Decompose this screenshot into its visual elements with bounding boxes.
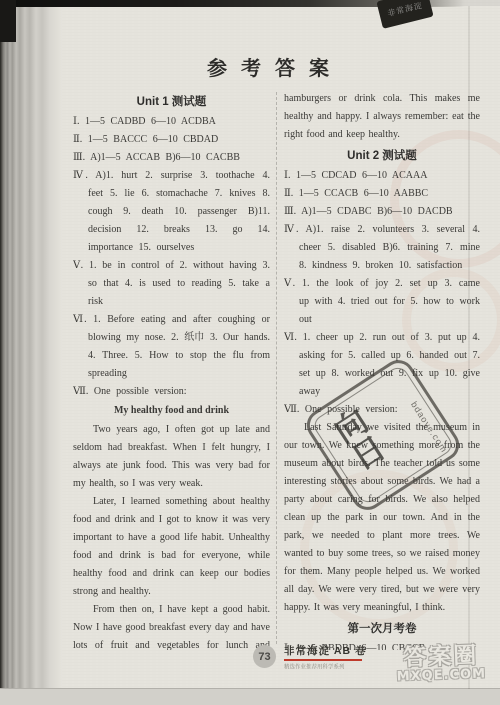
scanned-answer-page: { "page": { "title": "参考答案", "page_numbe… [0,0,500,705]
answer-line: Ⅰ. 1—5 CADBD 6—10 ACDBA [73,113,270,131]
answer-line: Ⅴ. 1. be in control of 2. without having… [73,257,270,311]
essay-paragraph: Two years ago, I often got up late and s… [73,421,270,493]
answer-line: Ⅵ. 1. Before eating and after coughing o… [73,311,270,383]
answer-line: Ⅱ. 1—5 CCACB 6—10 AABBC [284,185,480,203]
footer-brand: 非常海淀 AB 卷 精选作业推荐用科学系列 [284,643,394,677]
section-heading: 第一次月考卷 [284,620,480,638]
essay-paragraph: From then on, I have kept a good habit. … [73,601,270,650]
footer-brand-subtitle: 精选作业推荐用科学系列 [284,662,345,670]
page-number-badge: 73 [253,645,276,668]
essay-paragraph: hamburgers or drink cola. This makes me … [284,90,480,144]
answer-line: Ⅴ. 1. the look of joy 2. set up 3. came … [284,275,480,329]
answer-line: Ⅳ. A)1. raise 2. volunteers 3. several 4… [284,221,480,275]
left-column: Unit 1 测试题Ⅰ. 1—5 CADBD 6—10 ACDBAⅡ. 1—5 … [73,90,270,650]
book-spine-edge [0,0,62,705]
answer-line: Ⅲ. A)1—5 CDABC B)6—10 DACDB [284,203,480,221]
answer-line: Ⅳ. A)1. hurt 2. surprise 3. toothache 4.… [73,167,270,257]
right-column: hamburgers or drink cola. This makes me … [284,90,480,650]
footer-brand-rule [284,659,362,661]
answer-line: Ⅱ. 1—5 BACCC 6—10 CBDAD [73,131,270,149]
page-title: 参考答案 [70,52,480,81]
section-heading: Unit 2 测试题 [284,147,480,165]
essay-title: My healthy food and drink [73,402,270,420]
section-heading: Unit 1 测试题 [73,93,270,111]
scan-corner-shadow [0,0,16,42]
essay-paragraph: Later, I learned something about healthy… [73,493,270,601]
answer-line: Ⅶ. One possible version: [73,383,270,401]
answer-line: Ⅵ. 1. cheer up 2. run out of 3. put up 4… [284,329,480,401]
answer-line: Ⅲ. A)1—5 ACCAB B)6—10 CACBB [73,149,270,167]
top-corner-stamp-text: 非常海淀 [386,0,424,19]
scan-bottom-edge [0,688,500,705]
essay-paragraph: Last Saturday we visited the museum in o… [284,419,480,617]
column-divider [276,92,277,644]
answer-line: Ⅰ. 1—5 CDCAD 6—10 ACAAA [284,167,480,185]
answer-line: Ⅶ. One possible version: [284,401,480,419]
footer-brand-name: 非常海淀 AB 卷 [284,643,394,658]
